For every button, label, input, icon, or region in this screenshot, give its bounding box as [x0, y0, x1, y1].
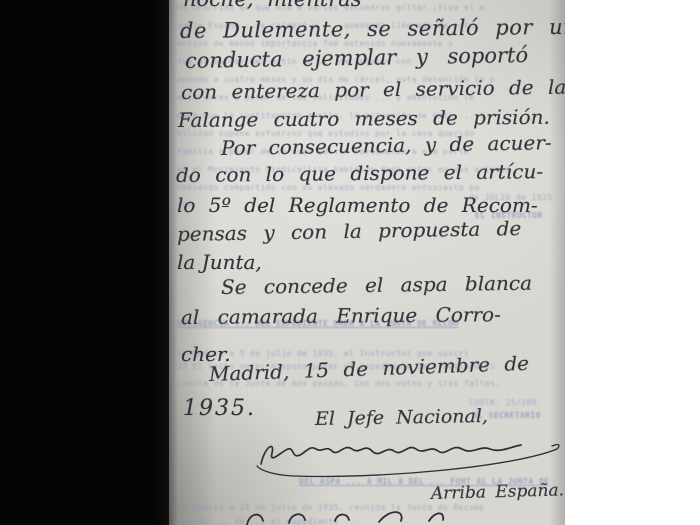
handwriting-closing: El Jefe Nacional, — [315, 405, 488, 430]
handwriting-line: Madrid, 15 de noviembre de — [209, 351, 530, 386]
handwriting-layer: noche, mientras de Dulemente, se señaló … — [169, 0, 565, 525]
document-photo: Ha ocurrido en que ola a varias escuadra… — [169, 0, 565, 525]
margin-right-white — [565, 0, 700, 525]
handwriting-line: Se concede el aspa blanca — [221, 271, 532, 299]
handwriting-line: Falange cuatro meses de prisión. — [178, 105, 550, 132]
handwriting-line: do con lo que dispone el artícu- — [176, 159, 543, 187]
handwriting-line: la Junta, — [177, 250, 262, 274]
letterbox-left-bar — [0, 0, 169, 525]
handwriting-line: de Dulemente, se señaló por una — [180, 15, 565, 43]
signature-autograph — [251, 434, 565, 486]
screenshot-root: Ha ocurrido en que ola a varias escuadra… — [0, 0, 700, 525]
handwriting-line: Por consecuencia, y de acuer- — [221, 130, 552, 160]
handwriting-line: 1935. — [183, 396, 256, 421]
handwriting-line: pensas y con la propuesta de — [177, 216, 522, 246]
handwriting-line: con entereza por el servicio de la — [181, 75, 565, 104]
handwriting-line: conducta ejemplar y soportó — [185, 43, 529, 73]
handwriting-line: noche, mientras — [183, 0, 362, 11]
handwriting-partial-line-cut — [239, 511, 479, 525]
handwriting-salute: Arriba España. — [431, 481, 565, 504]
handwriting-line: lo 5º del Reglamento de Recom- — [177, 193, 538, 217]
handwriting-line: al camarada Enrique Corro- — [181, 302, 501, 329]
